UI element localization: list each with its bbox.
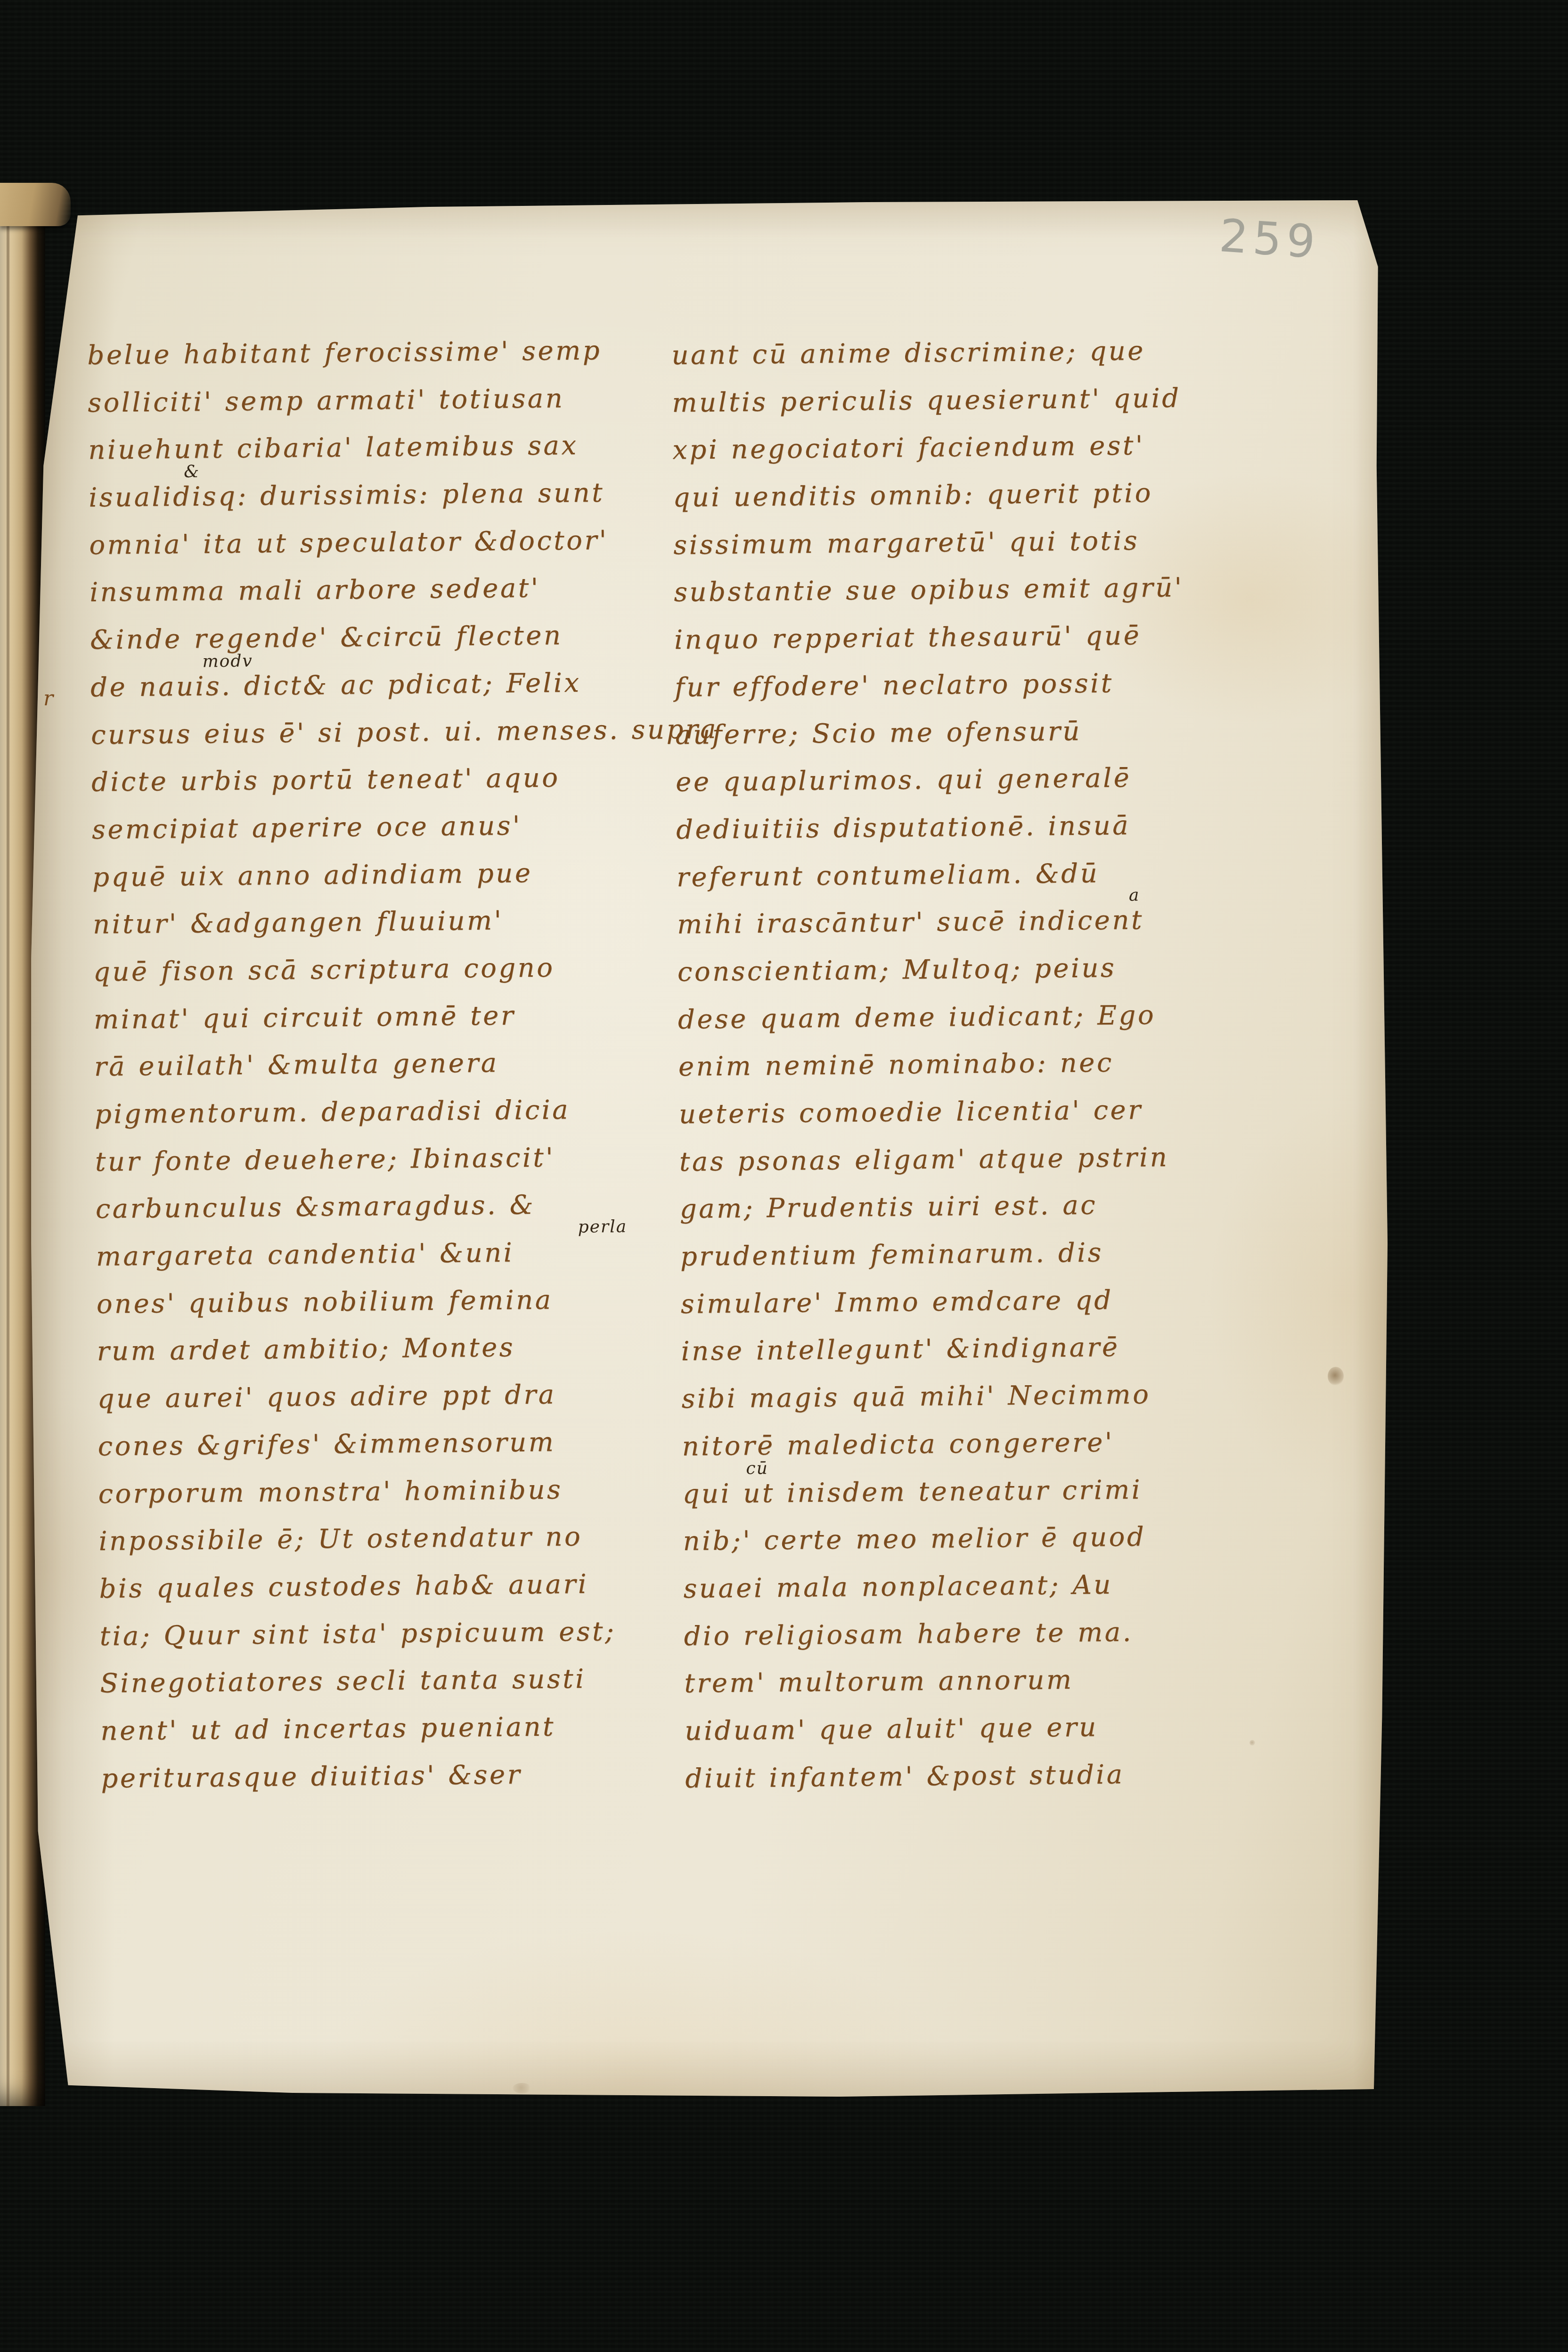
manuscript-line-right-30: uiduam' que aluit' que eru	[685, 1707, 1265, 1760]
manuscript-line-left-18: tur fonte deuehere; Ibinascit'	[95, 1138, 656, 1191]
parchment-stain	[1328, 1367, 1344, 1386]
parchment-stain	[513, 2083, 531, 2093]
manuscript-line-right-28: dio religiosam habere te ma.	[684, 1612, 1264, 1665]
manuscript-line-left-5: omnia' ita ut speculator &doctor'	[89, 521, 650, 574]
manuscript-line-right-15: dese quam deme iudicant; Ego	[678, 996, 1258, 1048]
manuscript-line-left-21: ones' quibus nobilium femina	[96, 1280, 657, 1333]
manuscript-line-right-26: nib;' certe meo melior ē quod	[683, 1517, 1263, 1570]
manuscript-line-left-15: minat' qui circuit omnē ter	[94, 996, 655, 1048]
manuscript-line-left-9: cursus eius ē' si post. ui. menses. supr…	[91, 711, 652, 764]
manuscript-line-right-18: tas psonas eligam' atque pstrin	[679, 1138, 1259, 1191]
interlinear-gloss: &	[184, 462, 200, 482]
manuscript-line-right-17: ueteris comoedie licentia' cer	[678, 1090, 1258, 1143]
manuscript-line-right-8: fur effodere' neclatro possit	[675, 663, 1255, 716]
manuscript-line-left-17: pigmentorum. deparadisi dicia	[94, 1091, 655, 1143]
manuscript-line-right-24: nitorē maledicta congerere'	[682, 1422, 1262, 1475]
interlinear-gloss: cū	[746, 1459, 768, 1478]
manuscript-line-right-22: inse intellegunt' &indignarē	[681, 1328, 1261, 1380]
manuscript-line-right-1: uant cū anime discrimine; que	[671, 331, 1251, 384]
manuscript-line-right-6: substantie sue opibus emit agrū'	[674, 569, 1254, 621]
manuscript-line-right-13: mihi irascāntur' sucē indicent	[677, 900, 1257, 953]
manuscript-line-right-9: auferre; Scio me ofensurū	[675, 711, 1255, 764]
manuscript-line-right-25: qui ut inisdem teneatur crimi	[682, 1470, 1262, 1523]
manuscript-line-right-23: sibi magis quā mihi' Necimmo	[681, 1375, 1261, 1428]
manuscript-line-left-4: isualidisq: durissimis: plena sunt	[89, 474, 650, 527]
manuscript-line-right-20: prudentium feminarum. dis	[680, 1233, 1260, 1285]
manuscript-line-right-4: qui uenditis omnib: querit ptio	[673, 474, 1253, 526]
manuscript-line-right-19: gam; Prudentis uiri est. ac	[679, 1185, 1259, 1238]
text-column-left: belue habitant ferocissime' sempsollicit…	[87, 332, 662, 1845]
manuscript-line-right-21: simulare' Immo emdcare qd	[680, 1280, 1260, 1333]
manuscript-line-left-3: niuehunt cibaria' latemibus sax	[88, 426, 649, 479]
manuscript-line-right-10: ee quaplurimos. qui generalē	[676, 758, 1256, 811]
manuscript-page: 259 belue habitant ferocissime' sempsoll…	[19, 200, 1388, 2097]
manuscript-line-left-14: quē fison scā scriptura cogno	[93, 948, 654, 1001]
manuscript-line-right-27: suaei mala nonplaceant; Au	[683, 1565, 1263, 1617]
manuscript-line-right-3: xpi negociatori faciendum est'	[672, 426, 1252, 479]
manuscript-line-left-2: solliciti' semp armati' totiusan	[88, 379, 649, 432]
manuscript-line-left-20: margareta candentia' &uni	[96, 1233, 657, 1286]
interlinear-gloss: a	[1129, 886, 1140, 905]
manuscript-line-right-2: multis periculis quesierunt' quid	[672, 379, 1252, 432]
folio-number-pencil: 259	[1217, 209, 1343, 270]
parchment-stain	[1249, 1740, 1255, 1746]
manuscript-line-left-24: cones &grifes' &immensorum	[98, 1422, 659, 1475]
manuscript-line-left-31: periturasque diuitias' &ser	[101, 1755, 662, 1807]
manuscript-line-left-26: inpossibile ē; Ut ostendatur no	[98, 1518, 660, 1570]
manuscript-line-right-5: sissimum margaretū' qui totis	[673, 521, 1253, 574]
manuscript-line-left-16: rā euilath' &multa genera	[94, 1043, 655, 1096]
manuscript-line-right-31: diuit infantem' &post studia	[685, 1755, 1265, 1807]
manuscript-line-left-28: tia; Quur sint ista' pspicuum est;	[99, 1612, 661, 1665]
manuscript-line-left-25: corporum monstra' hominibus	[98, 1470, 659, 1523]
manuscript-line-left-10: dicte urbis portū teneat' aquo	[91, 759, 653, 811]
manuscript-line-left-13: nitur' &adgangen fluuium'	[93, 901, 654, 954]
manuscript-line-left-22: rum ardet ambitio; Montes	[97, 1328, 658, 1380]
manuscript-line-left-1: belue habitant ferocissime' semp	[87, 332, 648, 384]
manuscript-line-left-29: Sinegotiatores secli tanta susti	[100, 1660, 661, 1713]
manuscript-line-left-11: semcipiat aperire oce anus'	[92, 806, 653, 858]
manuscript-line-left-27: bis quales custodes hab& auari	[99, 1565, 660, 1617]
manuscript-line-left-30: nent' ut ad incertas pueniant	[100, 1707, 661, 1760]
manuscript-line-right-14: conscientiam; Multoq; peius	[678, 948, 1258, 1001]
manuscript-line-right-29: trem' multorum annorum	[684, 1659, 1264, 1712]
manuscript-line-right-12: referunt contumeliam. &dū	[677, 853, 1257, 906]
manuscript-line-right-16: enim neminē nominabo: nec	[678, 1043, 1258, 1095]
manuscript-line-left-19: carbunculus &smaragdus. &	[95, 1185, 656, 1238]
manuscript-line-left-12: pquē uix anno adindiam pue	[92, 853, 653, 906]
interlinear-gloss: modv	[202, 652, 253, 671]
interlinear-gloss: perla	[578, 1217, 627, 1237]
manuscript-line-left-6: insumma mali arbore sedeat'	[90, 569, 651, 621]
manuscript-line-left-23: que aurei' quos adire ppt dra	[97, 1375, 658, 1428]
manuscript-line-right-7: inquo repperiat thesaurū' quē	[674, 616, 1254, 669]
manuscript-line-right-11: dediuitiis disputationē. insuā	[676, 806, 1256, 858]
manuscript-line-left-8: de nauis. dict& ac pdicat; Felix	[90, 663, 652, 716]
text-column-right: uant cū anime discrimine; quemultis peri…	[671, 331, 1266, 1845]
manuscript-line-left-7: &inde regende' &circū flecten	[90, 616, 651, 669]
binding-sewing-band	[0, 183, 71, 226]
marginal-mark: r	[43, 686, 53, 710]
